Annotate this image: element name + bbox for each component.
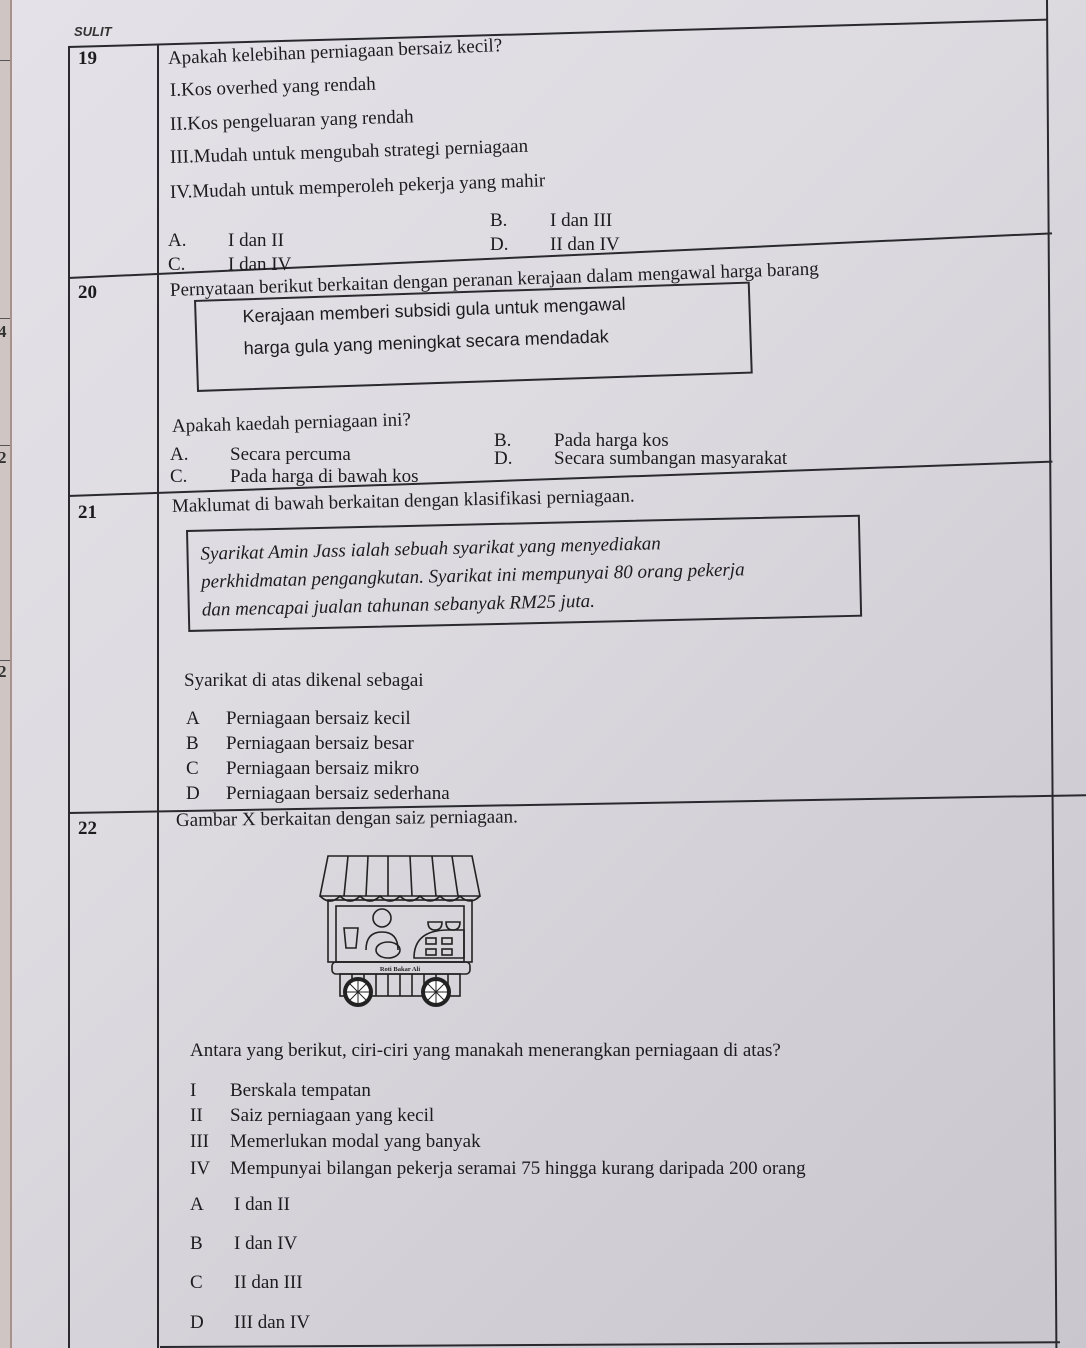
answer-option-a[interactable]: AI dan II (190, 1194, 290, 1216)
option-text: Perniagaan bersaiz kecil (226, 708, 411, 729)
row-divider (160, 1341, 1060, 1347)
box-line: dan mencapai jualan tahunan sebanyak RM2… (202, 591, 596, 622)
option-letter: D (186, 783, 226, 805)
box-line: perkhidmatan pengangkutan. Syarikat ini … (201, 559, 745, 593)
question-number: 19 (78, 48, 97, 70)
question-number: 22 (78, 818, 97, 840)
statement: III.Mudah untuk mengubah strategi pernia… (170, 136, 529, 169)
question-stem: Gambar X berkaitan dengan saiz perniagaa… (176, 806, 518, 832)
answer-option-d[interactable]: DIII dan IV (190, 1312, 310, 1334)
option-text: Perniagaan bersaiz mikro (226, 758, 419, 779)
sub-question: Antara yang berikut, ciri-ciri yang mana… (190, 1040, 781, 1062)
answer-option-d[interactable]: DPerniagaan bersaiz sederhana (186, 783, 450, 805)
answer-option-b[interactable]: BI dan IV (190, 1233, 297, 1255)
option-text: Secara percuma (230, 444, 351, 465)
answer-option-c[interactable]: CII dan III (190, 1272, 303, 1294)
option-letter: B (190, 1233, 234, 1255)
option-text: Perniagaan bersaiz sederhana (226, 783, 450, 804)
table-column-divider (157, 44, 159, 1348)
option-letter: D. (490, 234, 550, 256)
option-text: III dan IV (234, 1312, 310, 1333)
option-letter: A. (168, 230, 228, 252)
option-text: I dan IV (228, 254, 291, 275)
option-letter: B (186, 733, 226, 755)
answer-option-a[interactable]: A.I dan II (168, 230, 284, 252)
option-text: II dan III (234, 1272, 303, 1293)
statement-text: Saiz perniagaan yang kecil (230, 1105, 434, 1126)
option-letter: A (186, 708, 226, 730)
cart-sign: Roti Bakar Ali (380, 966, 421, 973)
sub-question: Apakah kaedah perniagaan ini? (172, 409, 411, 438)
answer-option-c[interactable]: C.I dan IV (168, 254, 291, 276)
statement: IV.Mudah untuk memperoleh pekerja yang m… (170, 170, 546, 204)
exam-sheet: SULIT 19 Apakah kelebihan perniagaan ber… (0, 0, 1086, 1348)
option-text: I dan III (550, 210, 612, 231)
answer-option-a[interactable]: APerniagaan bersaiz kecil (186, 708, 411, 730)
statement-text: Memerlukan modal yang banyak (230, 1131, 481, 1152)
box-line: Syarikat Amin Jass ialah sebuah syarikat… (200, 533, 661, 565)
option-letter: D (190, 1312, 234, 1334)
statement-text: Mempunyai bilangan pekerja seramai 75 hi… (230, 1158, 806, 1179)
statement-numeral: III (190, 1131, 230, 1153)
answer-option-a[interactable]: A.Secara percuma (170, 444, 351, 466)
option-letter: C (190, 1272, 234, 1294)
answer-option-c[interactable]: C.Pada harga di bawah kos (170, 466, 419, 488)
sulit-label: SULIT (74, 24, 112, 39)
option-letter: B. (490, 210, 550, 232)
option-text: II dan IV (550, 234, 620, 255)
statement-numeral: II (190, 1105, 230, 1127)
question-number: 20 (78, 282, 97, 304)
food-cart-illustration: Roti Bakar Ali (318, 838, 482, 1008)
option-letter: A (190, 1194, 234, 1216)
option-letter: A. (170, 444, 230, 466)
option-letter: C. (168, 254, 228, 276)
statement: IISaiz perniagaan yang kecil (190, 1105, 434, 1127)
statement-numeral: IV (190, 1158, 230, 1180)
information-box: Syarikat Amin Jass ialah sebuah syarikat… (186, 515, 862, 632)
sub-question: Syarikat di atas dikenal sebagai (184, 670, 424, 692)
statement: IIIMemerlukan modal yang banyak (190, 1131, 481, 1153)
statement: I.Kos overhed yang rendah (170, 74, 376, 102)
statement-box: Kerajaan memberi subsidi gula untuk meng… (194, 282, 753, 392)
statement-numeral: I (190, 1080, 230, 1102)
statement: IBerskala tempatan (190, 1080, 371, 1102)
option-text: Secara sumbangan masyarakat (554, 448, 787, 469)
option-text: Perniagaan bersaiz besar (226, 733, 414, 754)
table-border-top (68, 19, 1048, 48)
answer-option-d[interactable]: D.II dan IV (490, 234, 620, 256)
table-border-left (68, 46, 70, 1348)
answer-option-b[interactable]: B.I dan III (490, 210, 612, 232)
box-line: harga gula yang meningkat secara mendada… (243, 326, 609, 359)
option-letter: C. (170, 466, 230, 488)
answer-option-c[interactable]: CPerniagaan bersaiz mikro (186, 758, 419, 780)
table-border-right (1046, 0, 1057, 1348)
option-letter: C (186, 758, 226, 780)
answer-option-d[interactable]: D.Secara sumbangan masyarakat (494, 448, 787, 470)
option-text: I dan II (234, 1194, 290, 1215)
statement: II.Kos pengeluaran yang rendah (170, 106, 414, 136)
question-number: 21 (78, 502, 97, 524)
question-stem: Apakah kelebihan perniagaan bersaiz keci… (168, 35, 503, 70)
statement: IVMempunyai bilangan pekerja seramai 75 … (190, 1158, 806, 1180)
option-text: Pada harga di bawah kos (230, 466, 419, 487)
answer-option-b[interactable]: BPerniagaan bersaiz besar (186, 733, 414, 755)
option-text: I dan II (228, 230, 284, 251)
option-letter: D. (494, 448, 554, 470)
option-text: I dan IV (234, 1233, 297, 1254)
box-line: Kerajaan memberi subsidi gula untuk meng… (242, 294, 626, 328)
statement-text: Berskala tempatan (230, 1080, 371, 1101)
